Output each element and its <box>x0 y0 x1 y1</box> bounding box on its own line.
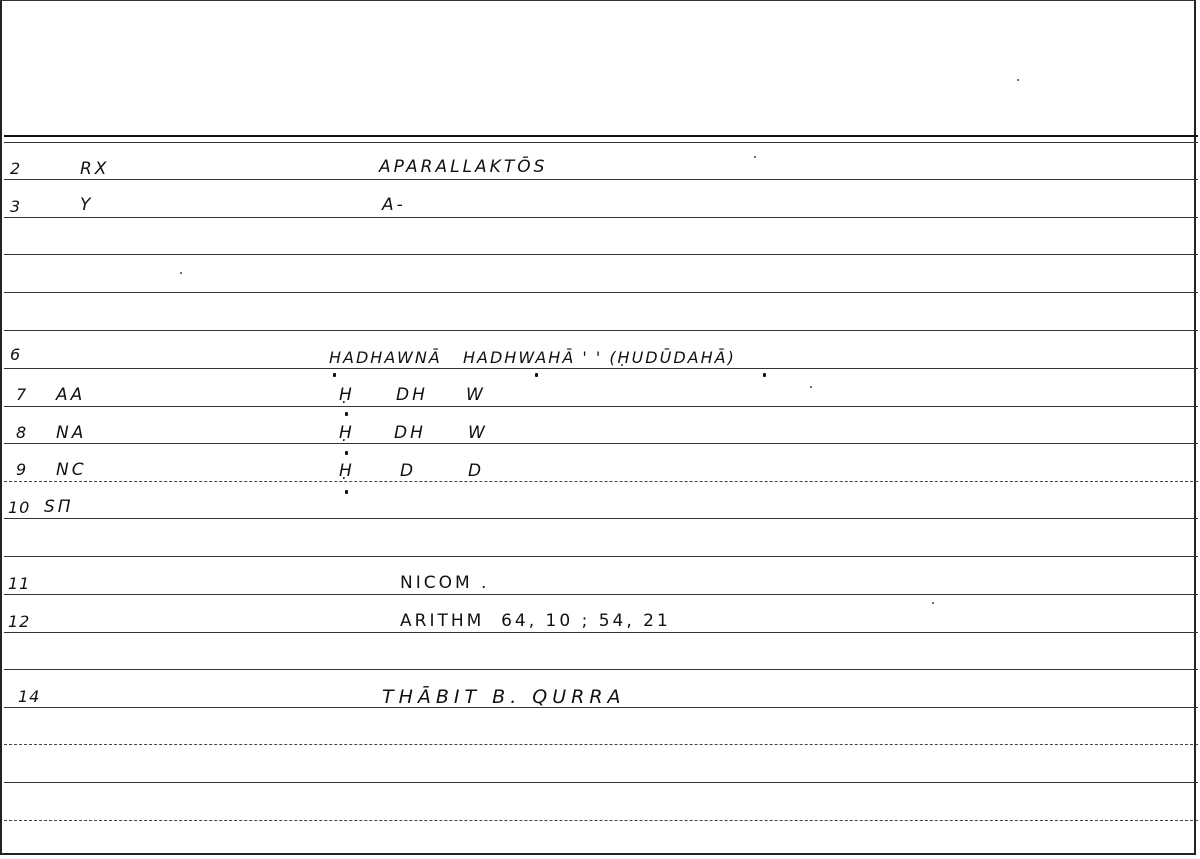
field-number: 14 <box>18 689 40 705</box>
field-number: 12 <box>8 614 30 630</box>
ruled-line <box>4 254 1198 255</box>
field-entry: NICOM . <box>400 575 489 592</box>
field-code: NA <box>56 425 86 442</box>
ruled-line <box>4 518 1198 519</box>
header-rule-bottom <box>4 142 1198 143</box>
field-number: 7 <box>16 387 27 403</box>
entry-part: Ḥ <box>339 387 355 404</box>
field-entry: ARITHM 64, 10 ; 54, 21 <box>400 613 671 630</box>
field-code: AA <box>56 387 85 404</box>
ruled-line <box>4 217 1198 218</box>
entry-part: DH <box>394 425 426 442</box>
underdot <box>345 451 348 455</box>
ruled-line <box>4 556 1198 557</box>
entry-part: W <box>466 387 486 404</box>
ruled-line <box>4 782 1198 783</box>
ruled-line <box>4 368 1198 369</box>
field-number: 2 <box>10 161 21 177</box>
ruled-line <box>4 594 1198 595</box>
field-number: 8 <box>16 425 27 441</box>
field-code: RX <box>80 161 109 178</box>
underdot <box>535 373 538 377</box>
underdot <box>763 373 766 377</box>
field-code: Y <box>80 197 93 214</box>
field-code: NC <box>56 462 87 479</box>
ruled-line <box>4 669 1198 670</box>
field-entry: THĀBIT B. QURRA <box>382 688 626 707</box>
field-entry: APARALLAKTŌS <box>379 159 547 176</box>
speck <box>754 156 756 158</box>
entry-part: D <box>400 463 416 480</box>
ruled-line <box>4 820 1198 821</box>
ruled-line <box>4 481 1198 482</box>
speck <box>810 386 812 388</box>
ruled-line <box>4 406 1198 407</box>
entry-part: Ḥ <box>339 463 355 480</box>
field-entry: HADHAWNĀ HADHWAHĀ ' ' (ḤUDŪDAHĀ) <box>329 350 736 366</box>
ruled-line <box>4 632 1198 633</box>
ruled-line <box>4 179 1198 180</box>
field-number: 11 <box>8 576 30 592</box>
header-rule-top <box>4 135 1198 137</box>
field-code: SΠ <box>44 499 74 516</box>
entry-part: W <box>468 425 488 442</box>
ruled-line <box>4 443 1198 444</box>
ruled-line <box>4 744 1198 745</box>
speck <box>1017 79 1019 81</box>
underdot <box>345 412 348 416</box>
field-number: 3 <box>10 199 21 215</box>
ruled-line <box>4 330 1198 331</box>
entry-part: D <box>468 463 484 480</box>
underdot <box>345 490 348 494</box>
field-entry: A- <box>382 197 406 214</box>
underdot <box>333 373 336 377</box>
field-number: 9 <box>16 462 27 478</box>
entry-part: DH <box>396 387 428 404</box>
speck <box>932 602 934 604</box>
field-number: 10 <box>8 500 30 516</box>
speck <box>180 272 182 274</box>
ruled-line <box>4 292 1198 293</box>
field-number: 6 <box>10 347 21 363</box>
index-card: 2 RX APARALLAKTŌS 3 Y A- 6 HADHAWNĀ HADH… <box>0 0 1196 855</box>
entry-part: Ḥ <box>339 425 355 442</box>
